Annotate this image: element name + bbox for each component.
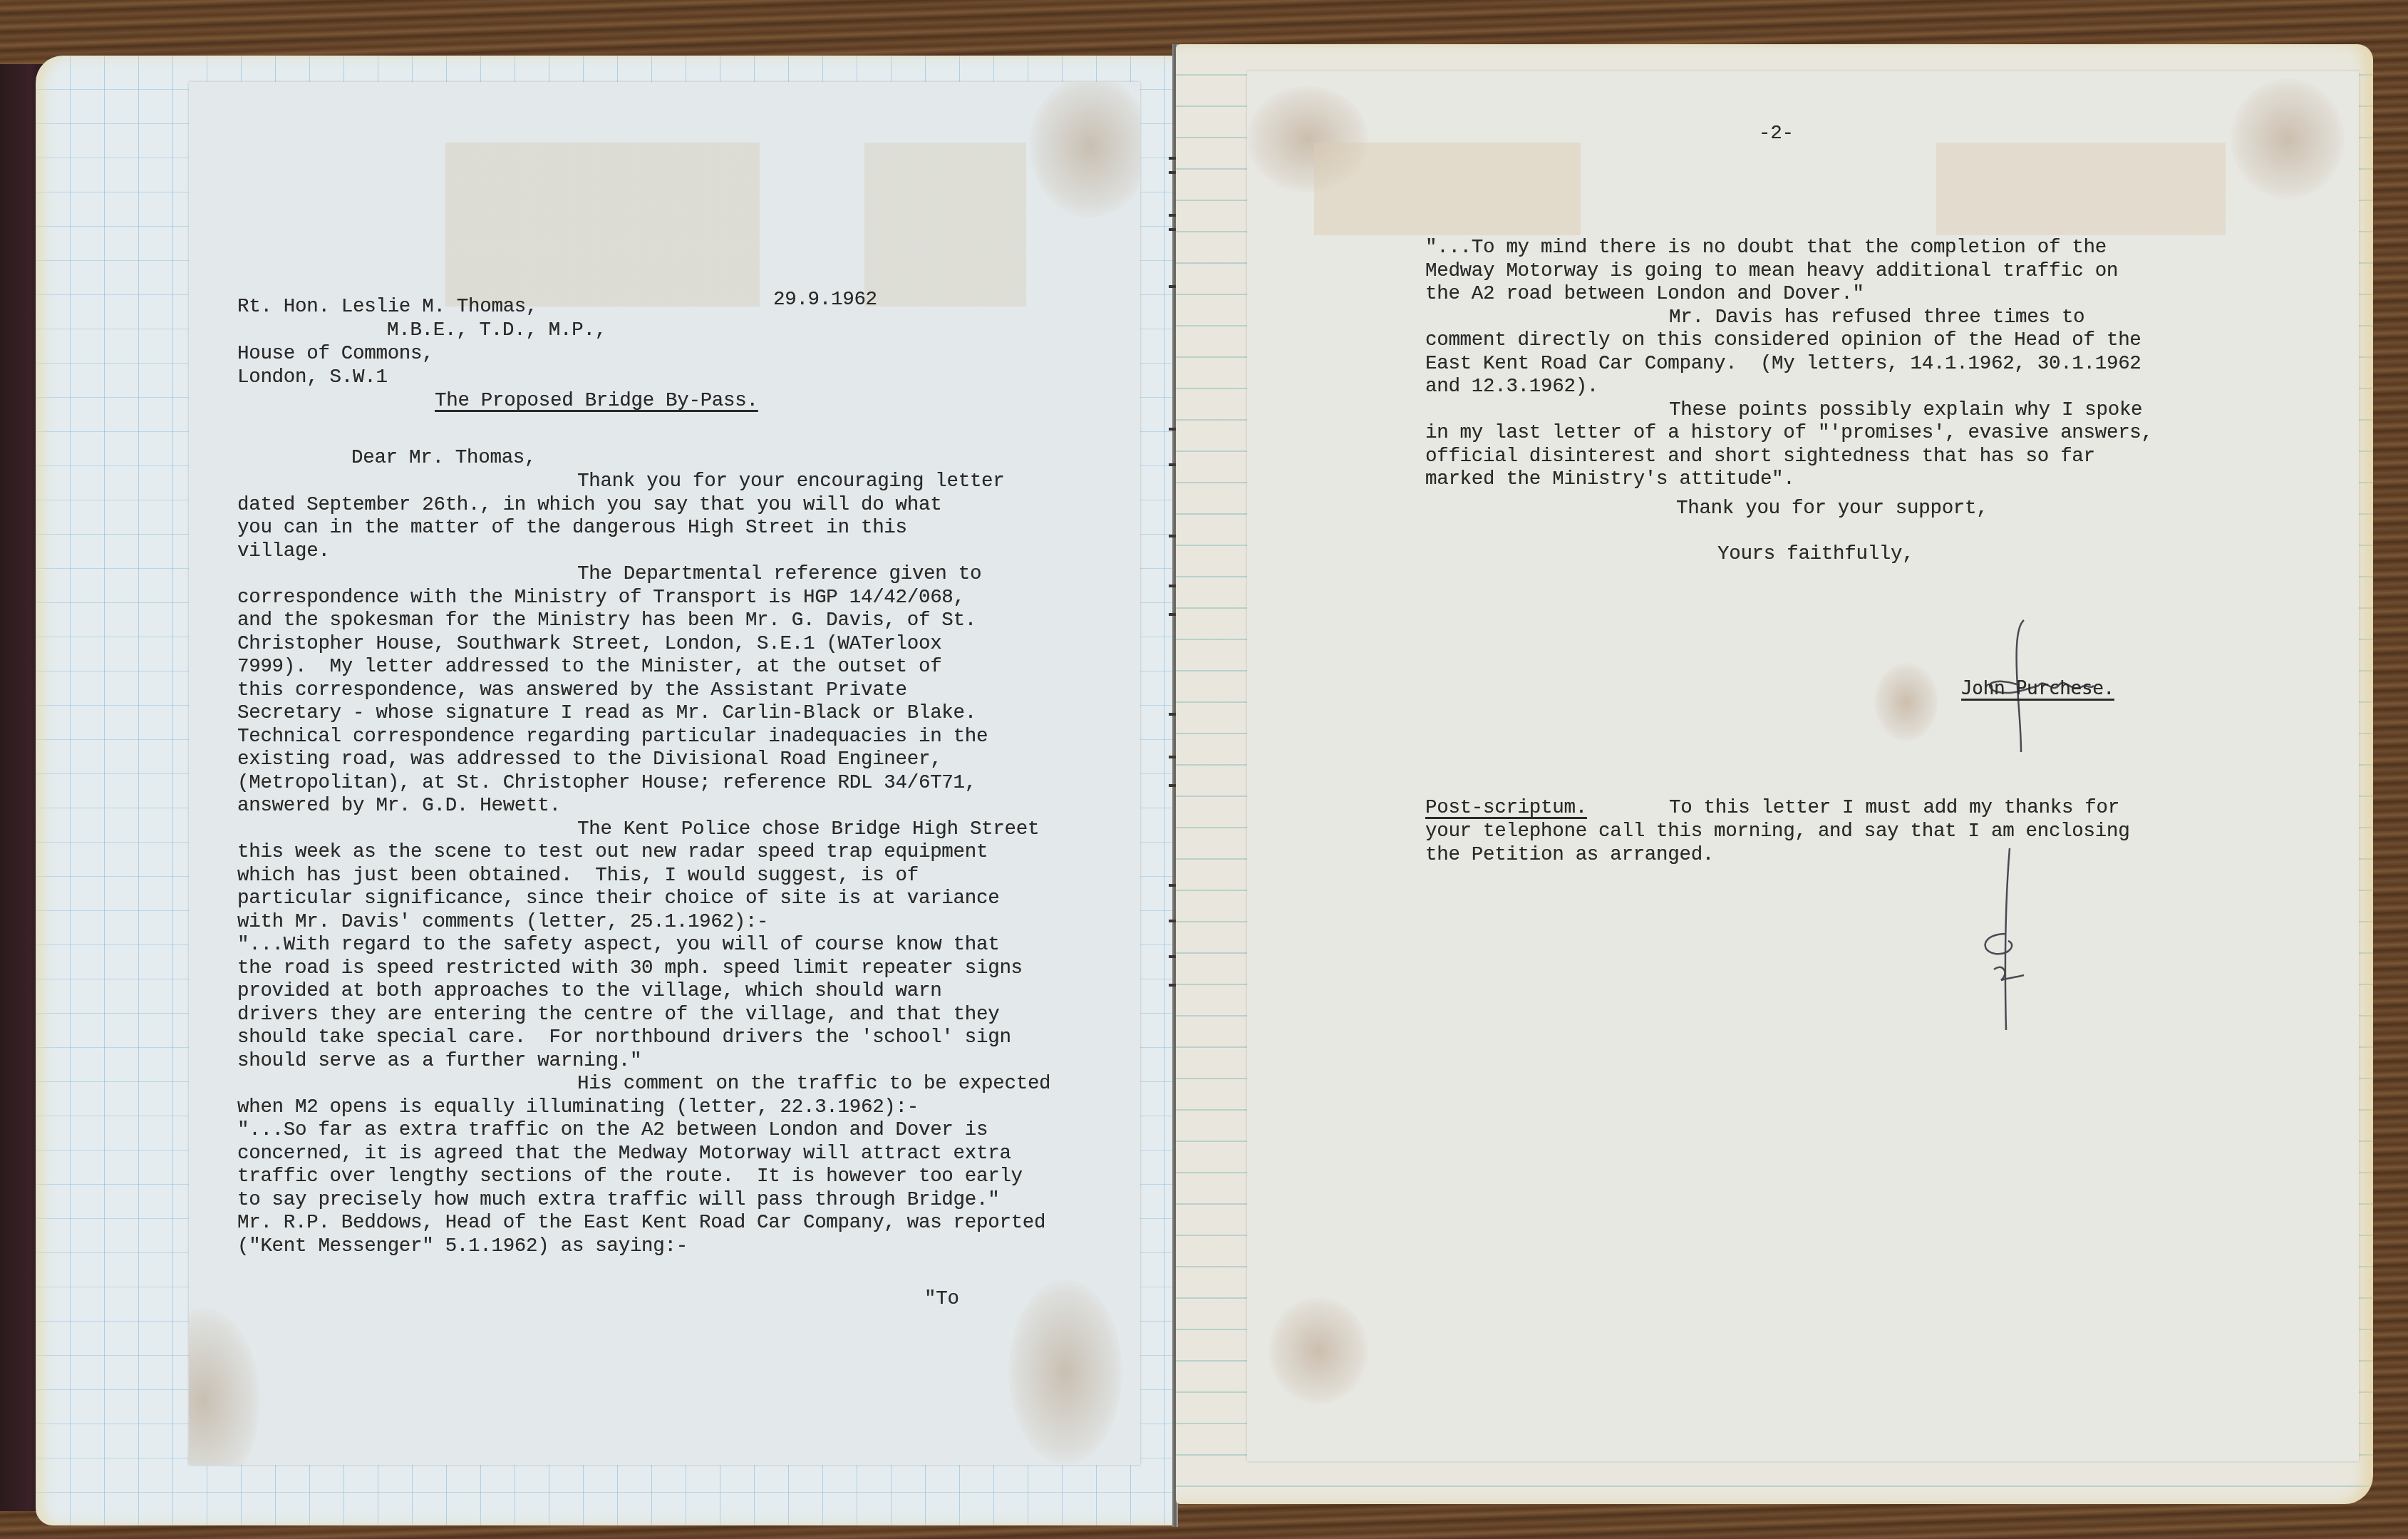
body-line: Mr. Davis has refused three times to bbox=[1669, 307, 2084, 330]
body-line: These points possibly explain why I spok… bbox=[1669, 399, 2142, 423]
handwritten-initials bbox=[1967, 848, 2052, 1034]
body-line: with Mr. Davis' comments (letter, 25.1.1… bbox=[237, 911, 768, 935]
body-line: comment directly on this considered opin… bbox=[1425, 329, 2141, 353]
valediction: Yours faithfully, bbox=[1717, 543, 1913, 567]
postscript-line: To this letter I must add my thanks for bbox=[1669, 797, 2119, 820]
body-line: answered by Mr. G.D. Hewett. bbox=[237, 795, 561, 818]
closing-thanks: Thank you for your support, bbox=[1676, 498, 1988, 521]
body-line: Technical correspondence regarding parti… bbox=[237, 726, 988, 749]
body-line: to say precisely how much extra traffic … bbox=[237, 1189, 999, 1213]
body-line: Mr. R.P. Beddows, Head of the East Kent … bbox=[237, 1212, 1045, 1235]
body-line: East Kent Road Car Company. (My letters,… bbox=[1425, 353, 2141, 376]
postscript-line: your telephone call this morning, and sa… bbox=[1425, 820, 2129, 844]
body-line: existing road, was addressed to the Divi… bbox=[237, 748, 941, 772]
body-line: should take special care. For northbound… bbox=[237, 1026, 1011, 1050]
letter-date: 29.9.1962 bbox=[773, 289, 877, 312]
typed-sheet-page-2: -2- "...To my mind there is no doubt tha… bbox=[1247, 71, 2359, 1461]
recipient-line: M.B.E., T.D., M.P., bbox=[387, 319, 606, 343]
body-line: provided at both approaches to the villa… bbox=[237, 980, 941, 1004]
body-line: ("Kent Messenger" 5.1.1962) as saying:- bbox=[237, 1235, 688, 1259]
salutation: Dear Mr. Thomas, bbox=[351, 447, 536, 470]
catchword: "To bbox=[924, 1288, 959, 1312]
tape-shadow bbox=[189, 143, 1140, 307]
body-line: (Metropolitan), at St. Christopher House… bbox=[237, 772, 976, 796]
recipient-line: House of Commons, bbox=[237, 343, 433, 366]
body-line: Medway Motorway is going to mean heavy a… bbox=[1425, 260, 2118, 284]
body-line: the A2 road between London and Dover." bbox=[1425, 283, 1864, 307]
body-line: 7999). My letter addressed to the Minist… bbox=[237, 656, 941, 679]
body-line: Secretary - whose signature I read as Mr… bbox=[237, 702, 976, 726]
body-line: concerned, it is agreed that the Medway … bbox=[237, 1143, 1011, 1166]
body-line: Christopher House, Southwark Street, Lon… bbox=[237, 633, 941, 657]
recipient-line: London, S.W.1 bbox=[237, 366, 388, 390]
body-line: in my last letter of a history of "'prom… bbox=[1425, 422, 2153, 446]
postscript-label: Post-scriptum. bbox=[1425, 797, 1587, 820]
body-line: marked the Ministry's attitude". bbox=[1425, 468, 1795, 492]
body-line: and 12.3.1962). bbox=[1425, 376, 1598, 399]
body-line: "...To my mind there is no doubt that th… bbox=[1425, 237, 2107, 260]
body-line: His comment on the traffic to be expecte… bbox=[577, 1073, 1050, 1096]
body-line: "...With regard to the safety aspect, yo… bbox=[237, 934, 999, 957]
body-line: drivers they are entering the centre of … bbox=[237, 1004, 999, 1027]
body-line: should serve as a further warning." bbox=[237, 1050, 641, 1074]
body-line: traffic over lengthy sections of the rou… bbox=[237, 1165, 1023, 1189]
body-line: Thank you for your encouraging letter bbox=[577, 470, 1005, 494]
body-line: The Departmental reference given to bbox=[577, 563, 981, 587]
body-line: correspondence with the Ministry of Tran… bbox=[237, 587, 965, 610]
body-line: this correspondence, was answered by the… bbox=[237, 679, 907, 703]
body-line: "...So far as extra traffic on the A2 be… bbox=[237, 1119, 988, 1143]
body-line: official disinterest and short sightedne… bbox=[1425, 446, 2095, 469]
body-line: when M2 opens is equally illuminating (l… bbox=[237, 1096, 919, 1120]
body-line: which has just been obtained. This, I wo… bbox=[237, 865, 919, 888]
signature-name: John Purchese. bbox=[1961, 677, 2114, 701]
stain bbox=[1874, 663, 1938, 741]
body-line: you can in the matter of the dangerous H… bbox=[237, 517, 907, 540]
body-line: the road is speed restricted with 30 mph… bbox=[237, 957, 1023, 981]
stain bbox=[189, 1308, 260, 1465]
stain bbox=[1268, 1297, 1368, 1404]
body-line: village. bbox=[237, 540, 330, 564]
body-line: and the spokesman for the Ministry has b… bbox=[237, 609, 976, 633]
recipient-line: Rt. Hon. Leslie M. Thomas, bbox=[237, 296, 537, 319]
stain bbox=[1008, 1280, 1122, 1465]
body-line: particular significance, since their cho… bbox=[237, 887, 999, 911]
letter-subject: The Proposed Bridge By-Pass. bbox=[435, 390, 758, 413]
typed-sheet-page-1: 29.9.1962 Rt. Hon. Leslie M. Thomas, M.B… bbox=[189, 82, 1140, 1465]
page-number: -2- bbox=[1759, 123, 1794, 146]
body-line: The Kent Police chose Bridge High Street bbox=[577, 818, 1039, 842]
body-line: this week as the scene to test out new r… bbox=[237, 841, 988, 865]
body-line: dated September 26th., in which you say … bbox=[237, 494, 941, 518]
tape-shadow bbox=[1247, 143, 2359, 235]
postscript-line: the Petition as arranged. bbox=[1425, 844, 1714, 868]
